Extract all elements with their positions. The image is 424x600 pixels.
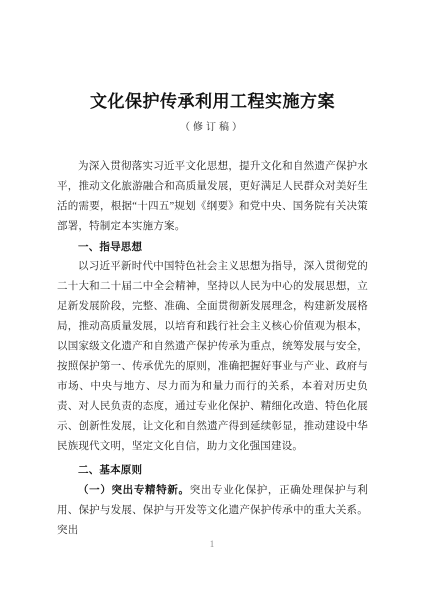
section-heading-guiding-ideology: 一、指导思想 [57, 237, 368, 257]
document-subtitle: （修订稿） [57, 121, 368, 135]
intro-paragraph: 为深入贯彻落实习近平文化思想，提升文化和自然遗产保护水平，推动文化旅游融合和高质… [57, 157, 368, 237]
document-title: 文化保护传承利用工程实施方案 [57, 92, 368, 112]
principle-item-paragraph: （一）突出专精特新。突出专业化保护，正确处理保护与利用、保护与发展、保护与开发等… [57, 480, 368, 541]
document-page: 文化保护传承利用工程实施方案 （修订稿） 为深入贯彻落实习近平文化思想，提升文化… [0, 0, 424, 600]
section-body-guiding-ideology: 以习近平新时代中国特色社会主义思想为指导，深入贯彻党的二十大和二十届二中全会精神… [57, 257, 368, 457]
section-heading-basic-principles: 二、基本原则 [57, 460, 368, 480]
principle-item-lead: （一）突出专精特新。 [78, 484, 190, 496]
page-number: 1 [0, 538, 424, 550]
document-body: 为深入贯彻落实习近平文化思想，提升文化和自然遗产保护水平，推动文化旅游融合和高质… [57, 157, 368, 541]
